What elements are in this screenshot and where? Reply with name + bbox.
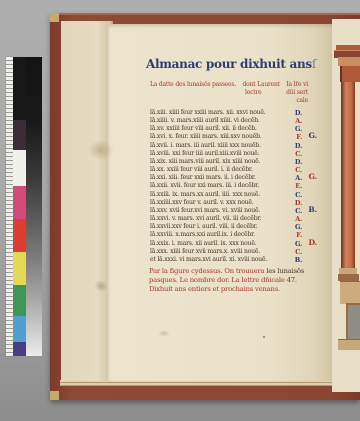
facing-page-border-art bbox=[332, 19, 360, 392]
row-dominical-letter: C. bbox=[291, 207, 302, 215]
border-pedestal bbox=[340, 281, 360, 304]
row-dominical-letter: D. bbox=[291, 109, 302, 117]
almanac-row: lā.xix. xiii mars.viii auril. xix xiiii … bbox=[150, 158, 302, 166]
footer-line: Dixhuit ans entiers et prochains venans. bbox=[149, 285, 321, 294]
almanac-row: lā.xiiii. v. mars.xiiii auril xiiii. vi … bbox=[150, 117, 302, 125]
flyleaf-page bbox=[61, 21, 113, 381]
footer-rubric-text: pasques. Le nombre dor. La lettre dn̄ica… bbox=[149, 276, 287, 284]
border-panel bbox=[346, 303, 360, 343]
row-dominical-letter: E. bbox=[291, 182, 302, 190]
row-text: lā.xxii. xvii. feur xxi mars. iii. i dec… bbox=[150, 182, 291, 190]
almanac-row: lā.xxx. xiiii feur xvii mars.x. xviii no… bbox=[150, 248, 302, 256]
almanac-row: lā.xiii. xiiii feur xxiii mars. xii. xxv… bbox=[150, 109, 302, 117]
footer-dark-text: les lunaisōs bbox=[266, 267, 304, 275]
almanac-row: lā.xxviii. x.mars.xxi auril.ix. i decēbr… bbox=[150, 231, 302, 239]
footer-line: Par la figure cydessus. On trouuera les … bbox=[149, 267, 321, 276]
cover-top-highlight bbox=[50, 13, 360, 15]
footer-rubric-text: Dixhuit ans entiers et prochains venans. bbox=[149, 285, 280, 293]
almanac-rows: lā.xiii. xiiii feur xxiii mars. xii. xxv… bbox=[150, 109, 302, 264]
patch-violet bbox=[13, 342, 26, 356]
row-text: lā.xxviii. x.mars.xxi auril.ix. i decēbr… bbox=[150, 231, 291, 239]
patch-yellow bbox=[13, 252, 26, 285]
row-text: lā.xxx. xiiii feur xvii mars.x. xviii no… bbox=[150, 248, 291, 256]
almanac-row: lā.xxix. i. mars. xii auril. ix. xxx nou… bbox=[150, 240, 302, 248]
border-molding bbox=[338, 274, 359, 281]
almanac-row: lā.xxiii. ix. mars.xx auril. iiii. xxx n… bbox=[150, 191, 302, 199]
footer-dark-text: 47. bbox=[287, 276, 297, 284]
row-text: et lā.xxxi. vi mars.xvi auril. xi. xviii… bbox=[150, 256, 291, 264]
row-margin-letter: B. bbox=[308, 206, 317, 214]
row-margin-letter: G. bbox=[309, 173, 317, 181]
row-dominical-letter: B. bbox=[291, 256, 302, 264]
border-column-shaft bbox=[341, 82, 355, 268]
border-base bbox=[338, 339, 360, 350]
header-col3-sub2: cale bbox=[296, 97, 308, 104]
almanac-row: et lā.xxxi. vi mars.xvi auril. xi. xviii… bbox=[150, 256, 302, 264]
row-dominical-letter: G. bbox=[291, 240, 302, 248]
ruler-strip bbox=[6, 57, 13, 356]
row-dominical-letter: D. bbox=[291, 142, 302, 150]
row-text: lā.xxvi. v. mars. xvi auril. vii. iii de… bbox=[150, 215, 291, 223]
row-dominical-letter: D. bbox=[291, 199, 302, 207]
row-dominical-letter: A. bbox=[291, 174, 302, 182]
rubric-header: La datte des lunaisōs passees. dont Laur… bbox=[150, 81, 308, 104]
patch-green bbox=[13, 285, 26, 316]
row-dominical-letter: C. bbox=[291, 150, 302, 158]
row-text: lā.xxi. xiii. feur xxii mars. ii. i decē… bbox=[150, 174, 291, 182]
row-dominical-letter: G. bbox=[291, 125, 302, 133]
almanac-row: lā.xv. xxiiii feur viii auril. xii. ii d… bbox=[150, 125, 302, 133]
almanac-row: lā.xviii. xxi feur iiii auril.xiii.xviii… bbox=[150, 150, 302, 158]
row-dominical-letter: F. bbox=[291, 231, 302, 239]
row-margin-letter: D. bbox=[308, 239, 317, 247]
row-dominical-letter: D. bbox=[291, 158, 302, 166]
row-text: lā.xxvii.xxv feur i. auril. viii. ii dec… bbox=[150, 223, 291, 231]
border-cornice bbox=[338, 57, 360, 66]
almanac-row: lā.xvi. x. feur. xiiii mars. xiii.xxv no… bbox=[150, 133, 302, 141]
row-dominical-letter: G. bbox=[291, 223, 302, 231]
patch-magenta bbox=[13, 186, 26, 219]
footer-line: pasques. Le nombre dor. La lettre dn̄ica… bbox=[149, 276, 321, 285]
row-text: lā.xx. xxiii feur viii auril. i. ii decē… bbox=[150, 166, 291, 174]
color-patch-column bbox=[13, 57, 26, 356]
rubric-header-line1: La datte des lunaisōs passees. dont Laur… bbox=[150, 81, 308, 89]
grayscale-ramp bbox=[26, 57, 42, 356]
row-text: lā.xiii. xiiii feur xxiii mars. xii. xxv… bbox=[150, 109, 291, 117]
page-title: Almanac pour dixhuit ansſ bbox=[143, 57, 319, 71]
row-dominical-letter: C. bbox=[291, 166, 302, 174]
parchment-stain bbox=[88, 140, 114, 160]
page-title-text: Almanac pour dixhuit ans bbox=[146, 57, 312, 71]
patch-white bbox=[13, 150, 26, 186]
patch-blue bbox=[13, 316, 26, 342]
row-dominical-letter: C. bbox=[291, 191, 302, 199]
border-capital bbox=[340, 66, 360, 82]
almanac-row: lā.xxiiii.xxv feur v. auril. v. xxx nouē… bbox=[150, 199, 302, 207]
row-text: lā.xviii. xxi feur iiii auril.xiii.xviii… bbox=[150, 150, 291, 158]
header-col3-sub: dūi sert bbox=[286, 89, 308, 97]
row-text: lā.xxix. i. mars. xii auril. ix. xxx nou… bbox=[150, 240, 291, 248]
row-text: lā.xxiiii.xxv feur v. auril. v. xxx nouē… bbox=[150, 199, 291, 207]
header-col1: La datte des lunaisōs passees. bbox=[150, 81, 236, 89]
row-text: lā.xiiii. v. mars.xiiii auril xiiii. vi … bbox=[150, 117, 291, 125]
row-text: lā.xxiii. ix. mars.xx auril. iiii. xxx n… bbox=[150, 191, 291, 199]
header-col3: Ia lr̄e vi bbox=[286, 81, 308, 89]
patch-dark-plum bbox=[13, 120, 26, 150]
row-text: lā.xix. xiii mars.viii auril. xix xiiii … bbox=[150, 158, 291, 166]
rubric-footer: Par la figure cydessus. On trouuera les … bbox=[149, 267, 321, 293]
patch-black bbox=[13, 57, 26, 120]
parchment-stain bbox=[158, 330, 170, 337]
row-dominical-letter: C. bbox=[291, 248, 302, 256]
row-margin-letter: G. bbox=[309, 132, 317, 140]
rubric-header-line3: cale bbox=[150, 97, 308, 105]
almanac-row: lā.xxv. xvii feur.xvi mars. vi. xviii no… bbox=[150, 207, 302, 215]
row-text: lā.xvi. x. feur. xiiii mars. xiii.xxv no… bbox=[150, 133, 291, 141]
rubric-header-line2: lectre dūi sert bbox=[150, 89, 308, 97]
row-dominical-letter: A. bbox=[291, 117, 302, 125]
title-flourish: ſ bbox=[312, 57, 316, 71]
almanac-row: lā.xx. xxiii feur viii auril. i. ii decē… bbox=[150, 166, 302, 174]
header-col2-sub: lectre bbox=[245, 89, 261, 97]
almanac-row: lā.xvii. i. mars. iii auril. xiiii xxx n… bbox=[150, 142, 302, 150]
row-text: lā.xxv. xvii feur.xvi mars. vi. xviii no… bbox=[150, 207, 291, 215]
row-dominical-letter: A. bbox=[291, 215, 302, 223]
footer-rubric-text: Par la figure cydessus. On trouuera bbox=[149, 267, 266, 275]
almanac-row: lā.xxi. xiii. feur xxii mars. ii. i decē… bbox=[150, 174, 302, 182]
header-col2: dont Laurent bbox=[243, 81, 280, 89]
almanac-row: lā.xxvi. v. mars. xvi auril. vii. iii de… bbox=[150, 215, 302, 223]
cover-corner-bottom-left bbox=[50, 391, 59, 400]
cover-corner-top-left bbox=[50, 13, 59, 22]
ink-speck bbox=[263, 336, 265, 338]
patch-red bbox=[13, 219, 26, 252]
row-dominical-letter: F. bbox=[291, 133, 302, 141]
almanac-row: lā.xxii. xvii. feur xxi mars. iii. i dec… bbox=[150, 182, 302, 190]
row-text: lā.xv. xxiiii feur viii auril. xii. ii d… bbox=[150, 125, 291, 133]
row-text: lā.xvii. i. mars. iii auril. xiiii xxx n… bbox=[150, 142, 291, 150]
almanac-row: lā.xxvii.xxv feur i. auril. viii. ii dec… bbox=[150, 223, 302, 231]
